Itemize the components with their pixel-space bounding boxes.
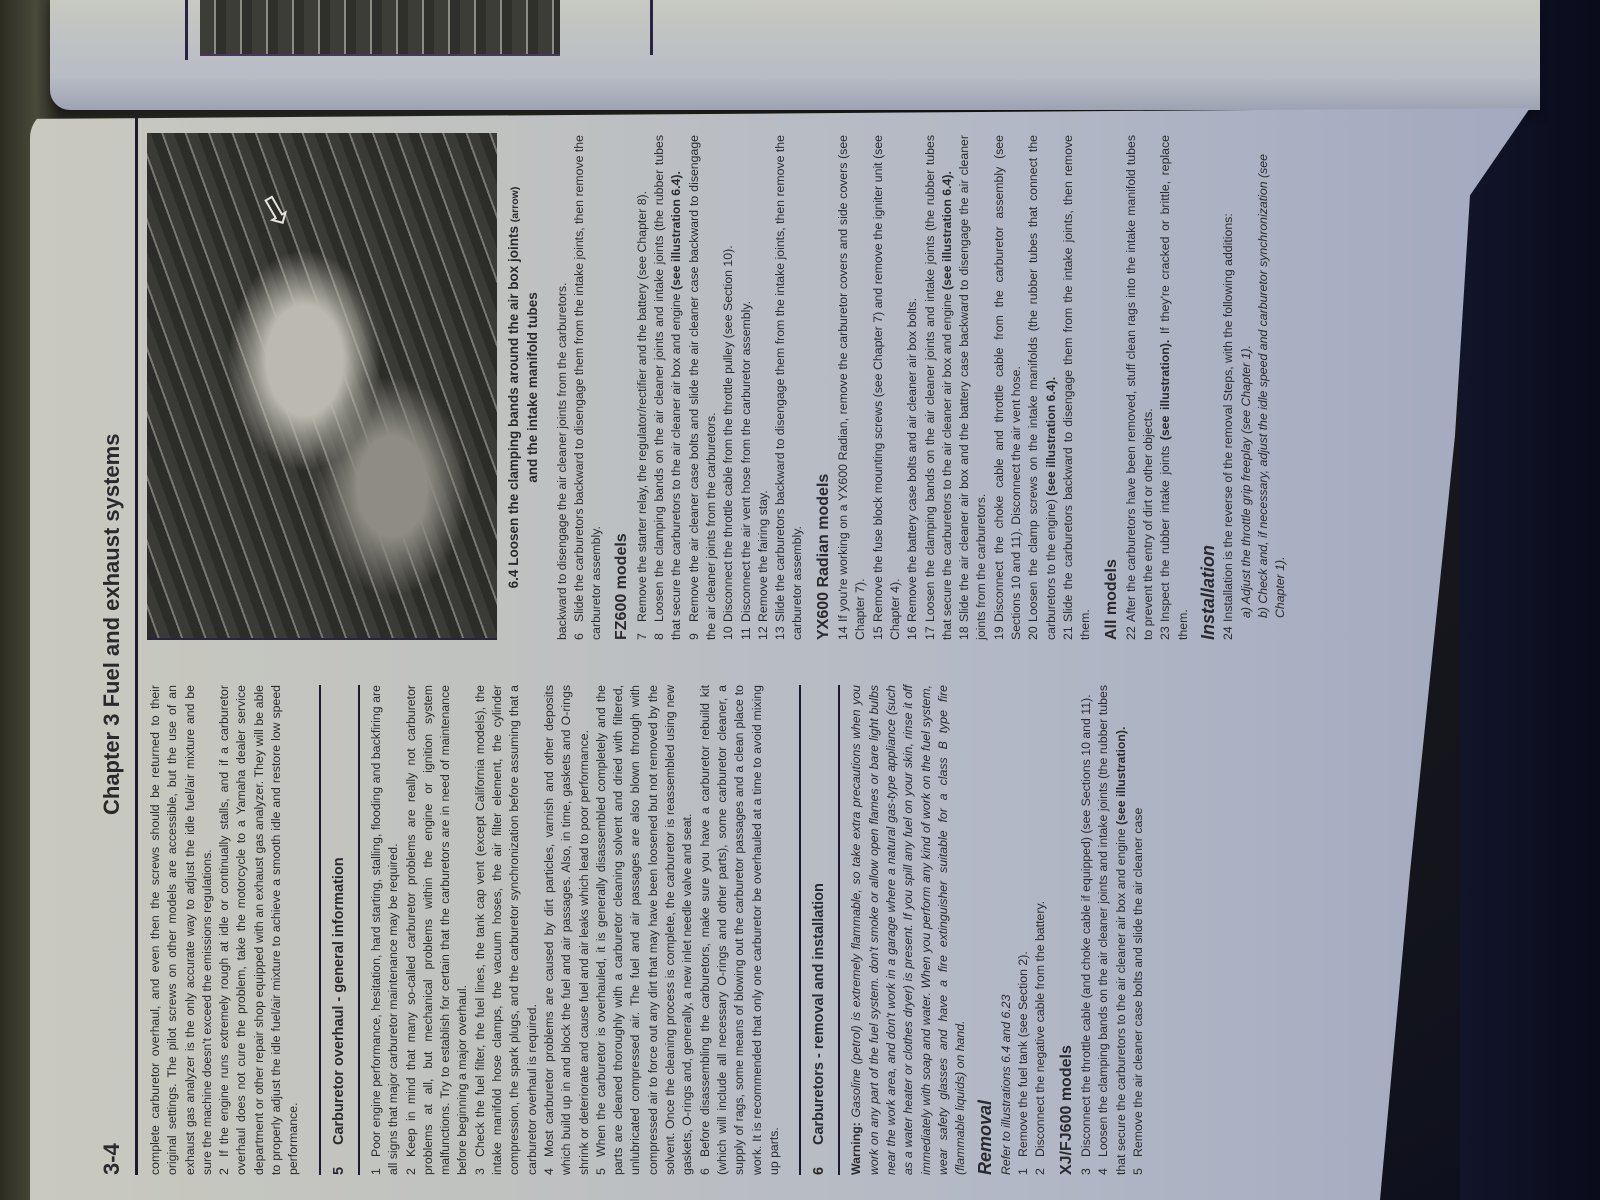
step-paragraph: 24Installation is the reverse of the rem… — [1220, 135, 1237, 640]
additions-list: a) Adjust the throttle grip freeplay (se… — [1238, 135, 1290, 640]
xj-fj600-heading: XJ/FJ600 models — [1058, 685, 1075, 1175]
chapter-title: Chapter 3 Fuel and exhaust systems — [99, 434, 125, 815]
step-paragraph: 22After the carburetors have been remove… — [1123, 135, 1158, 640]
facing-page-rule — [650, 0, 653, 55]
step-paragraph: 1Poor engine performance, hesitation, ha… — [368, 685, 403, 1175]
step-paragraph: 2Keep in mind that many so-called carbur… — [403, 685, 472, 1175]
section-6-heading: 6Carburetors - removal and installation — [799, 685, 840, 1175]
step-paragraph: 15Remove the fuse block mounting screws … — [870, 135, 905, 640]
step-paragraph: 6Before disassembling the carburetors, m… — [697, 685, 783, 1175]
step-paragraph: 5When the carburetor is overhauled, it i… — [593, 685, 697, 1175]
step-paragraph: 6Slide the carburetors backward to disen… — [571, 135, 606, 640]
right-column: ⇦ 6.4 Loosen the clamping bands around t… — [147, 135, 1289, 640]
page-number: 3-4 — [99, 1143, 125, 1175]
step-paragraph: 23Inspect the rubber intake joints (see … — [1157, 135, 1192, 640]
warning-paragraph: Warning: Gasoline (petrol) is extremely … — [848, 685, 969, 1175]
step-paragraph: 19Disconnect the choke cable and throttl… — [991, 135, 1026, 640]
step-paragraph: 11Disconnect the air vent hose from the … — [738, 135, 755, 640]
step-paragraph: 3Disconnect the throttle cable (and chok… — [1078, 685, 1095, 1175]
left-column: complete carburetor overhaul, and even t… — [147, 685, 1147, 1175]
step-paragraph: 9Remove the air cleaner case bolts and s… — [686, 135, 721, 640]
step-paragraph: 10Disconnect the throttle cable from the… — [720, 135, 737, 640]
figure-caption: 6.4 Loosen the clamping bands around the… — [505, 135, 542, 640]
yx600-heading: YX600 Radian models — [815, 135, 832, 640]
step-paragraph: 2If the engine runs extremely rough at i… — [216, 685, 302, 1175]
step-paragraph: 5Remove the air cleaner case bolts and s… — [1130, 685, 1147, 1175]
carburetor-photo: ⇦ — [147, 133, 497, 640]
step-paragraph: 3Check the fuel filter, the fuel lines, … — [472, 685, 541, 1175]
step-paragraph: 14If you're working on a YX600 Radian, r… — [835, 135, 870, 640]
step-paragraph: 4Loosen the clamping bands on the air cl… — [1095, 685, 1130, 1175]
step-paragraph: 7Remove the starter relay, the regulator… — [634, 135, 651, 640]
step-paragraph: 18Slide the air cleaner air box and the … — [956, 135, 991, 640]
facing-page-rule — [185, 0, 188, 60]
fz600-heading: FZ600 models — [613, 135, 630, 640]
step-paragraph: 8Loosen the clamping bands on the air cl… — [651, 135, 686, 640]
step-paragraph: 20Loosen the clamp screws on the intake … — [1025, 135, 1060, 640]
list-item: b) Check and, if necessary, adjust the i… — [1255, 135, 1290, 618]
step-paragraph: 4Most carburetor problems are caused by … — [541, 685, 593, 1175]
refer-note: Refer to illustrations 6.4 and 6.23 — [998, 685, 1015, 1175]
step-paragraph: 13Slide the carburetors backward to dise… — [772, 135, 807, 640]
step-paragraph: 16Remove the battery case bolts and air … — [904, 135, 921, 640]
arrow-icon: ⇦ — [260, 191, 292, 229]
step-paragraph: 17Loosen the clamping bands on the air c… — [922, 135, 957, 640]
list-item: a) Adjust the throttle grip freeplay (se… — [1238, 135, 1255, 618]
installation-heading: Installation — [1200, 135, 1217, 640]
facing-page-edge — [50, 0, 1540, 110]
intro-paragraph: complete carburetor overhaul, and even t… — [147, 685, 216, 1175]
removal-heading: Removal — [977, 685, 994, 1175]
step-paragraph: 2Disconnect the negative cable from the … — [1032, 685, 1049, 1175]
step-paragraph: 12Remove the fairing stay. — [755, 135, 772, 640]
continuation-paragraph: backward to disengage the air cleaner jo… — [554, 135, 571, 640]
table-surface-right — [1460, 0, 1600, 1200]
step-paragraph: 21Slide the carburetors backward to dise… — [1060, 135, 1095, 640]
facing-page-photo — [200, 0, 560, 56]
step-paragraph: 1Remove the fuel tank (see Section 2). — [1015, 685, 1032, 1175]
section-5-heading: 5Carburetor overhaul - general informati… — [319, 685, 360, 1175]
page-header: 3-4 Chapter 3 Fuel and exhaust systems — [95, 115, 138, 1175]
page-content: 3-4 Chapter 3 Fuel and exhaust systems c… — [95, 115, 1425, 1175]
all-models-heading: All models — [1103, 135, 1120, 640]
